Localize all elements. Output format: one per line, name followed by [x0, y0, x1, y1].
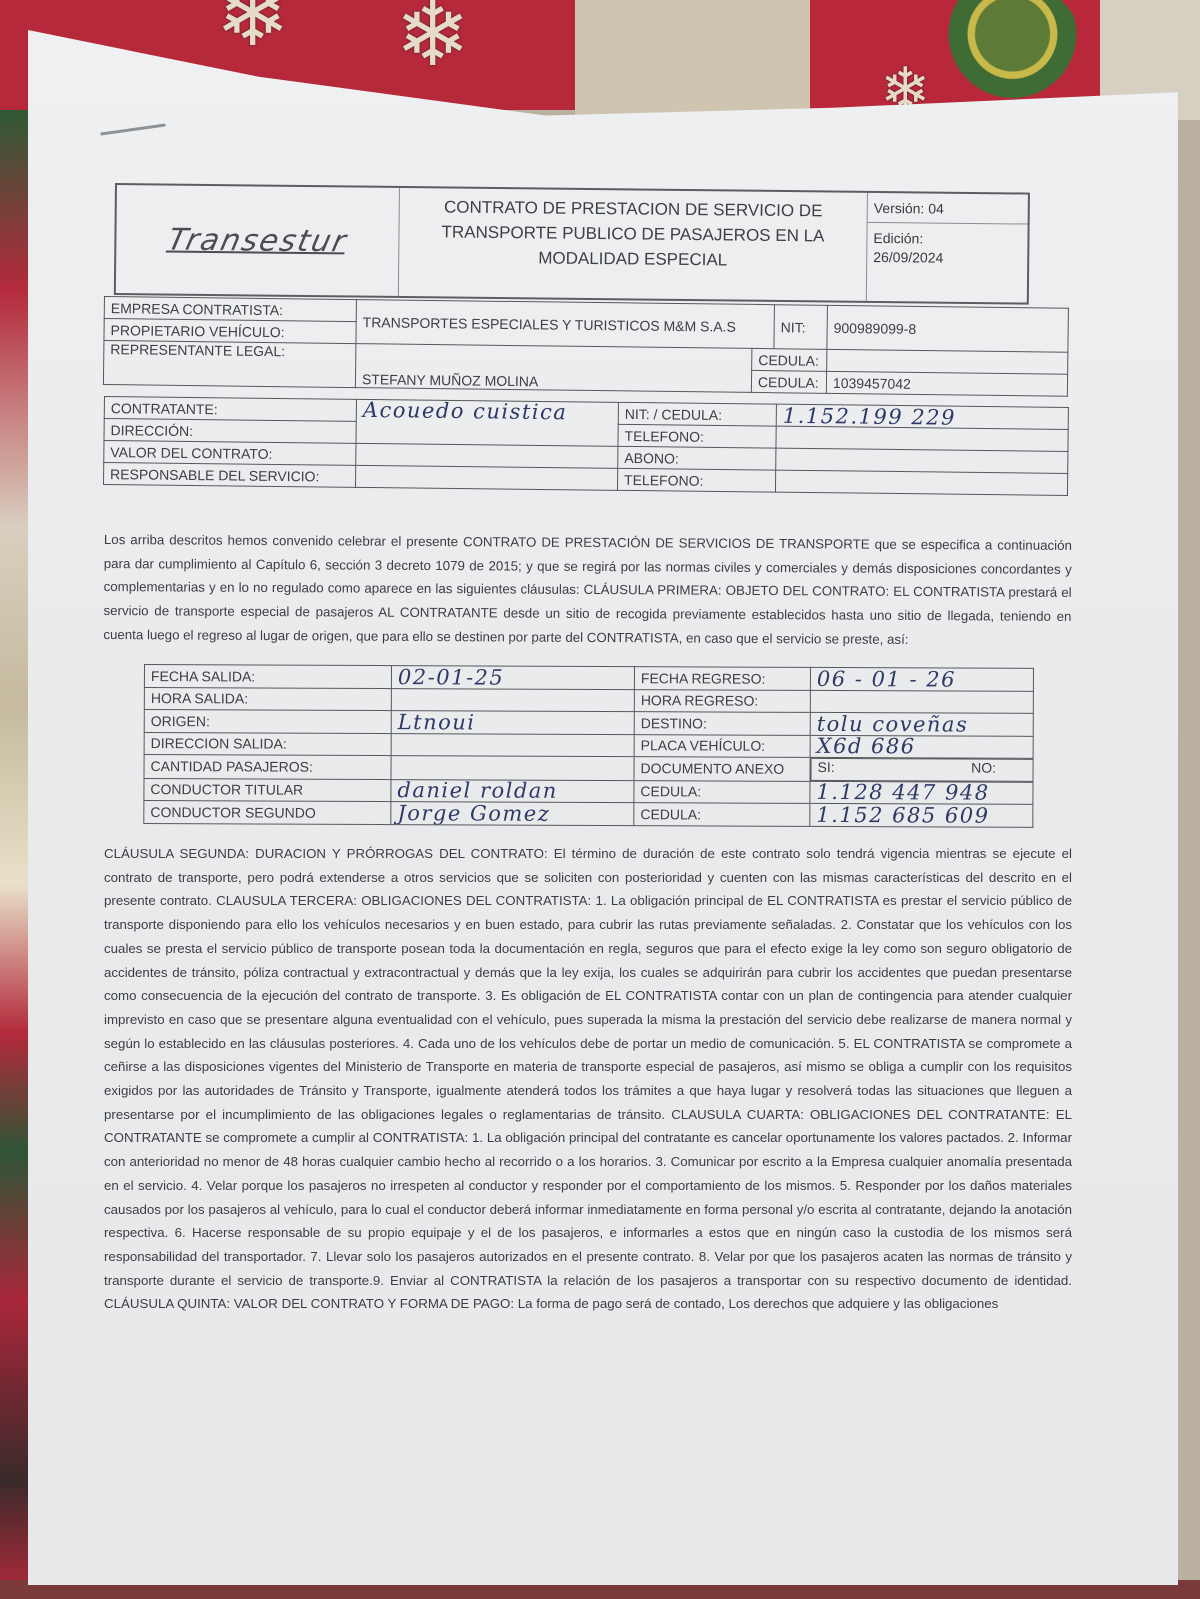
contractor-table: EMPRESA CONTRATISTA: TRANSPORTES ESPECIA…: [103, 296, 1069, 397]
trip-value: tolu coveñas: [817, 712, 969, 735]
trip-field[interactable]: [391, 733, 634, 757]
trip-label: FECHA REGRESO:: [634, 667, 810, 690]
contratante-label: CONTRATANTE:: [104, 397, 356, 422]
trip-label: CEDULA:: [634, 803, 810, 826]
responsable-field[interactable]: [355, 465, 617, 490]
trip-field[interactable]: Ltnoui: [391, 711, 634, 735]
document-title: CONTRATO DE PRESTACION DE SERVICIO DE TR…: [399, 188, 868, 301]
logo-text: Transestur: [164, 222, 350, 259]
client-table: CONTRATANTE: Acouedo cuistica NIT: / CED…: [103, 396, 1069, 496]
title-line: MODALIDAD ESPECIAL: [399, 244, 866, 274]
trip-label: CONDUCTOR TITULAR: [144, 778, 391, 802]
trip-row: CONDUCTOR SEGUNDOJorge GomezCEDULA:1.152…: [144, 801, 1033, 827]
nit-cedula-label: NIT: / CEDULA:: [618, 402, 776, 426]
nit-value: 900989099-8: [827, 305, 1069, 352]
nit-cedula-value: 1.152.199 229: [783, 404, 956, 429]
title-line: TRANSPORTE PUBLICO DE PASAJEROS EN LA: [399, 219, 866, 249]
trip-label: ORIGEN:: [144, 710, 391, 734]
contratante-value: Acouedo cuistica: [363, 399, 568, 424]
trip-value: 1.128 447 948: [816, 781, 989, 804]
trip-field[interactable]: [391, 756, 634, 781]
propietario-label: PROPIETARIO VEHÍCULO:: [104, 319, 356, 344]
trip-field[interactable]: [391, 688, 634, 712]
edition-date: 26/09/2024: [873, 248, 1021, 269]
trip-table: FECHA SALIDA:02-01-25FECHA REGRESO:06 - …: [143, 664, 1034, 827]
clauses-paragraph: CLÁUSULA SEGUNDA: DURACION Y PRÓRROGAS D…: [104, 842, 1072, 1316]
trip-value: Ltnoui: [398, 711, 476, 735]
trip-value: daniel roldan: [397, 779, 558, 803]
trip-field[interactable]: [810, 690, 1033, 713]
trip-label: HORA SALIDA:: [144, 687, 391, 711]
trip-field[interactable]: X6d 686: [810, 735, 1033, 758]
intro-paragraph: Los arriba descritos hemos convenido cel…: [103, 528, 1072, 652]
cedula-label: CEDULA:: [752, 348, 827, 371]
trip-label: DESTINO:: [634, 712, 810, 735]
trip-label: FECHA SALIDA:: [144, 665, 391, 689]
trip-value: 06 - 01 - 26: [817, 667, 956, 690]
trip-label: PLACA VEHÍCULO:: [634, 734, 810, 757]
cedula-value: [827, 349, 1068, 374]
trip-field[interactable]: 06 - 01 - 26: [810, 667, 1033, 690]
empresa-value: TRANSPORTES ESPECIALES Y TURISTICOS M&M …: [356, 300, 775, 349]
valor-label: VALOR DEL CONTRATO:: [104, 441, 356, 466]
trip-label: CEDULA:: [634, 780, 810, 803]
direccion-label: DIRECCIÓN:: [104, 419, 356, 444]
trip-value: X6d 686: [817, 735, 916, 758]
nit-cedula-field[interactable]: 1.152.199 229: [776, 404, 1068, 429]
document-meta: Versión: 04 Edición: 26/09/2024: [867, 193, 1028, 303]
trip-value: 1.152 685 609: [816, 803, 989, 826]
company-logo: Transestur: [116, 185, 400, 296]
trip-field[interactable]: daniel roldan: [391, 779, 634, 803]
responsable-label: RESPONSABLE DEL SERVICIO:: [103, 463, 355, 488]
telefono-field[interactable]: [775, 470, 1067, 495]
documento-anexo-field[interactable]: SI:NO:: [810, 758, 1033, 781]
trip-label: CONDUCTOR SEGUNDO: [144, 801, 391, 825]
trip-value: 02-01-25: [398, 666, 504, 690]
trip-label: HORA REGRESO:: [634, 689, 810, 712]
trip-field[interactable]: tolu coveñas: [810, 712, 1033, 735]
edition-label: Edición:: [873, 229, 1021, 250]
trip-label: DOCUMENTO ANEXO: [634, 757, 810, 781]
telefono-label: TELEFONO:: [618, 424, 776, 448]
contract-document: Transestur CONTRATO DE PRESTACION DE SER…: [0, 0, 1200, 1599]
anexo-si-label: SI:: [818, 759, 835, 780]
trip-label: CANTIDAD PASAJEROS:: [144, 755, 391, 780]
edition-block: Edición: 26/09/2024: [867, 223, 1027, 269]
trip-field[interactable]: 1.152 685 609: [810, 803, 1033, 826]
trip-label: DIRECCION SALIDA:: [144, 732, 391, 756]
empresa-label: EMPRESA CONTRATISTA:: [104, 297, 356, 322]
trip-value: Jorge Gomez: [397, 802, 550, 826]
telefono-label: TELEFONO:: [617, 468, 775, 492]
contratante-field[interactable]: Acouedo cuistica: [356, 399, 618, 446]
representante-label: REPRESENTANTE LEGAL:: [103, 341, 356, 388]
valor-field[interactable]: [356, 443, 618, 468]
representante-value: STEFANY MUÑOZ MOLINA: [355, 344, 752, 393]
document-header: Transestur CONTRATO DE PRESTACION DE SER…: [114, 183, 1030, 305]
nit-label: NIT:: [774, 305, 828, 350]
abono-label: ABONO:: [618, 446, 776, 470]
version-label: Versión: 04: [868, 193, 1028, 225]
trip-field[interactable]: 1.128 447 948: [810, 781, 1033, 804]
trip-field[interactable]: Jorge Gomez: [391, 802, 634, 826]
cedula-label: CEDULA:: [751, 370, 826, 393]
cedula-value: 1039457042: [826, 371, 1067, 396]
trip-field[interactable]: 02-01-25: [391, 666, 634, 690]
anexo-no-label: NO:: [971, 760, 996, 781]
